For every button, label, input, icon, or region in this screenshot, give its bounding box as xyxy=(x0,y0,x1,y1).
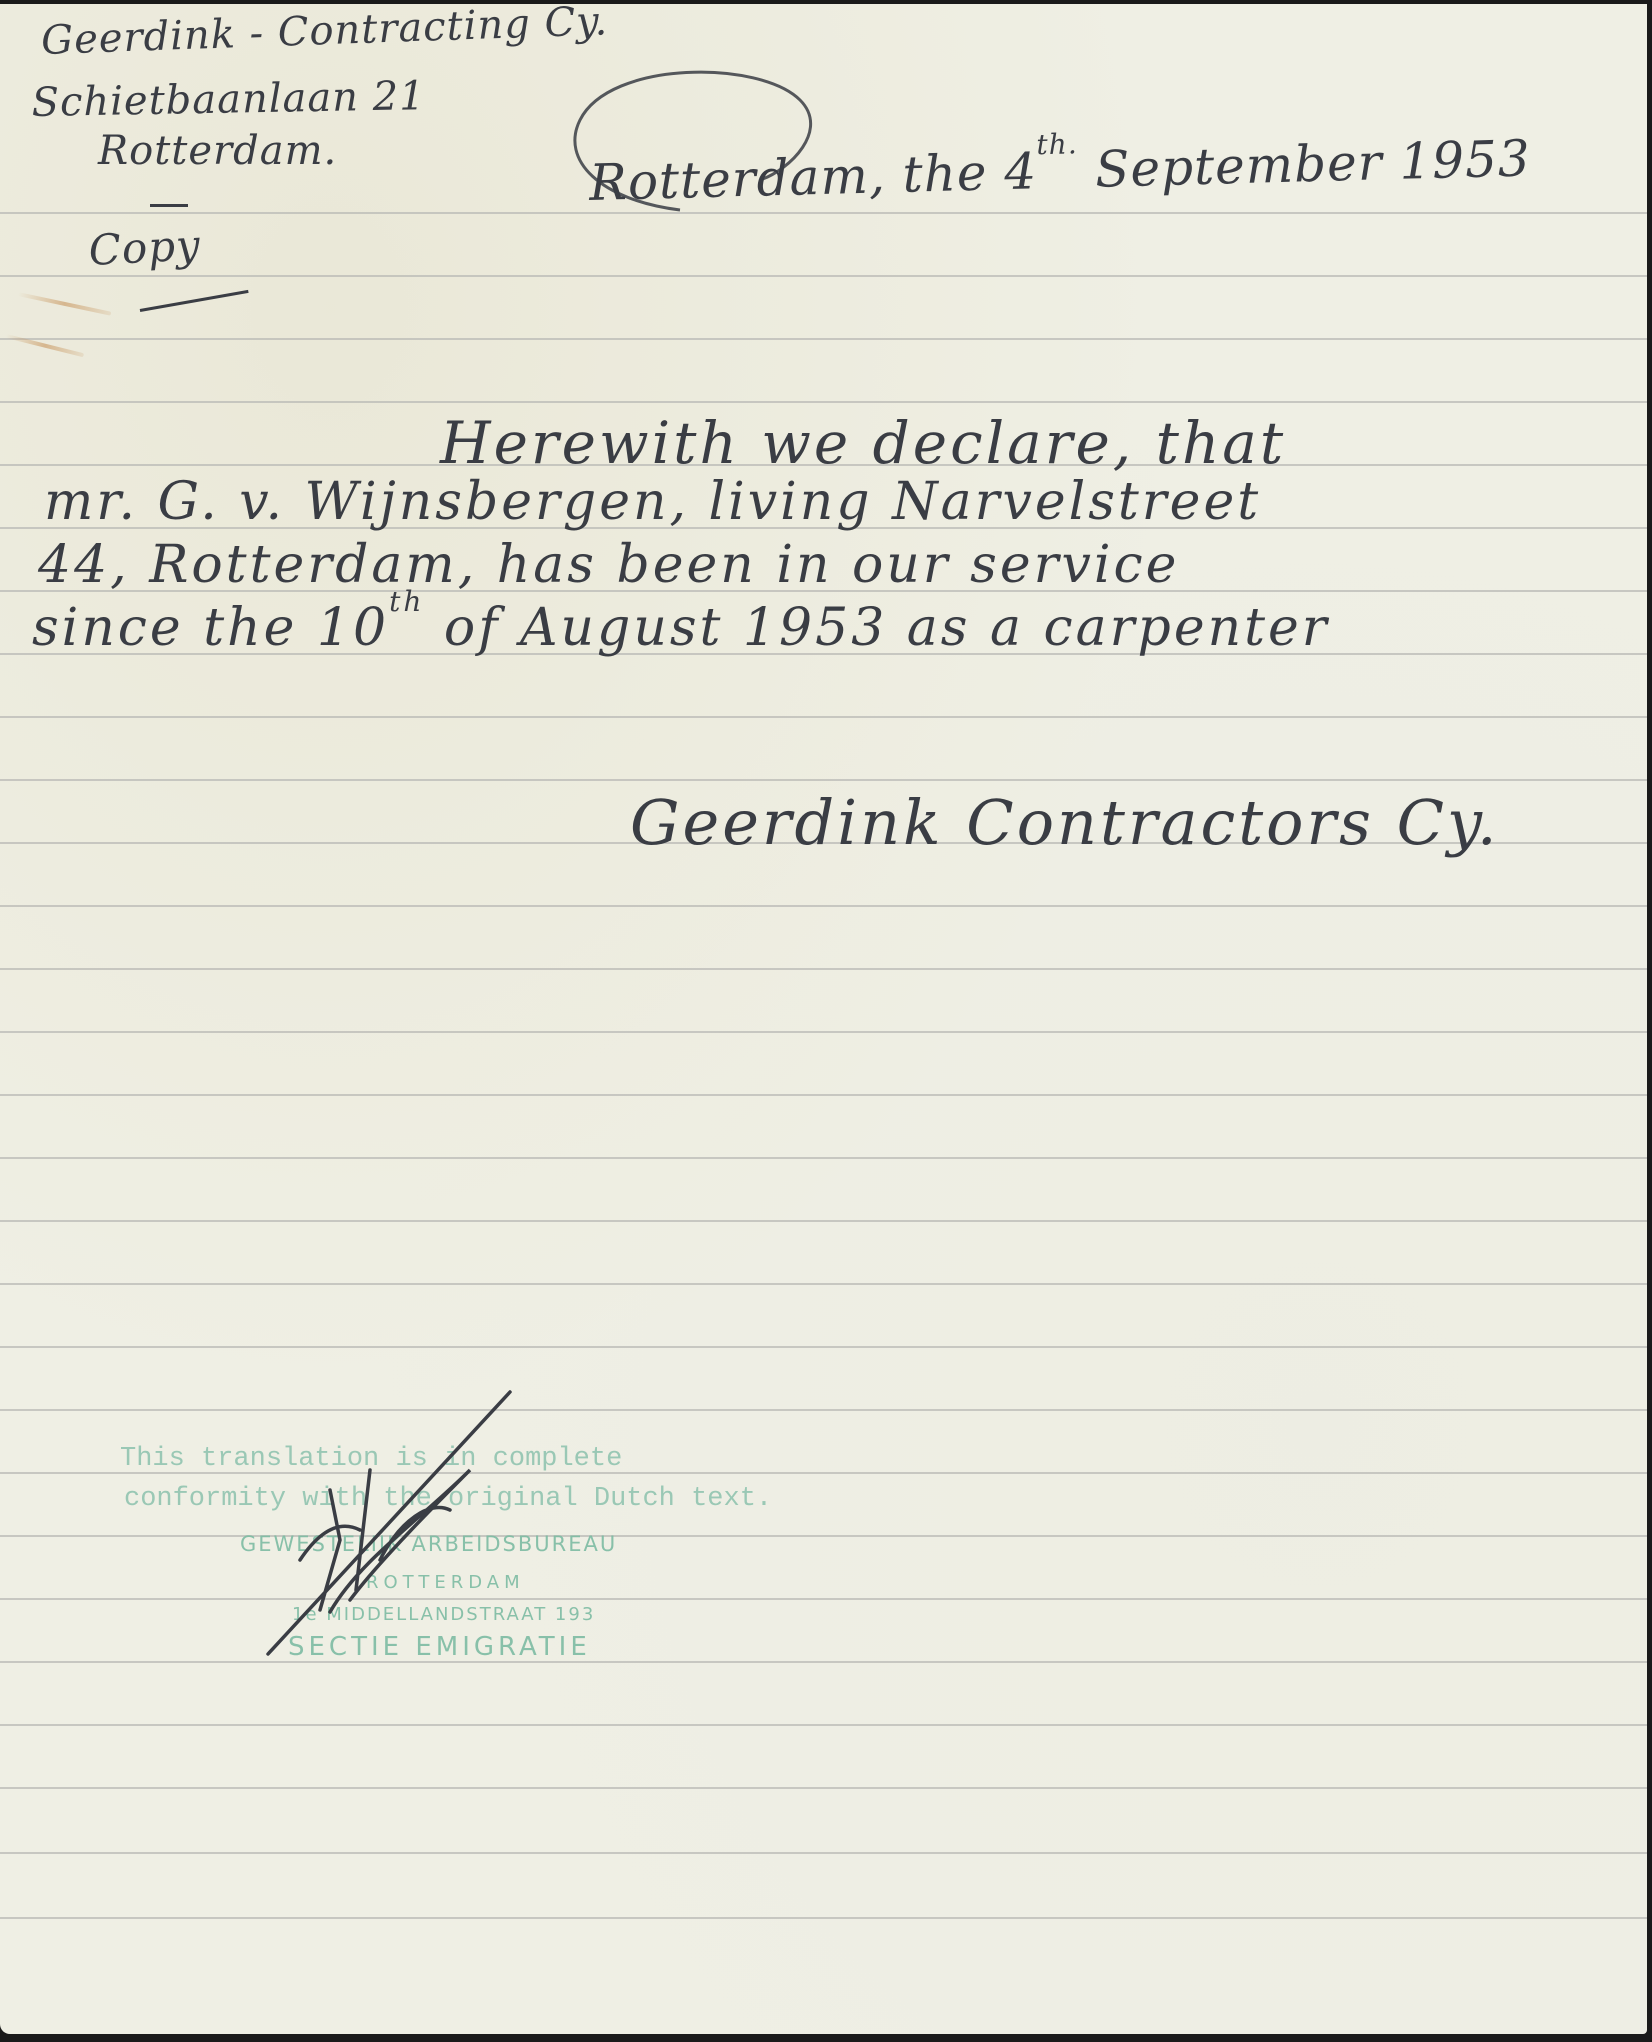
letter-page: Geerdink - Contracting Cy. Schietbaanlaa… xyxy=(0,4,1647,2034)
ruled-line xyxy=(0,779,1647,781)
date-line: Rotterdam, the 4th. September 1953 xyxy=(588,129,1531,212)
letterhead-city: Rotterdam. xyxy=(98,128,337,174)
ruled-line xyxy=(0,716,1647,718)
ruled-line xyxy=(0,1724,1647,1726)
dash-mark xyxy=(150,204,188,207)
copy-underline xyxy=(140,290,249,312)
ruled-line xyxy=(0,968,1647,970)
ruled-line xyxy=(0,905,1647,907)
ruled-line xyxy=(0,1094,1647,1096)
ruled-line xyxy=(0,1409,1647,1411)
body-line-2: mr. G. v. Wijnsbergen, living Narvelstre… xyxy=(44,472,1261,532)
copy-label: Copy xyxy=(87,220,201,275)
date-place: Rotterdam, the 4 xyxy=(588,142,1037,212)
company-signature: Geerdink Contractors Cy. xyxy=(630,786,1500,859)
stamp-office-line-1: GEWESTELIJK ARBEIDSBUREAU xyxy=(240,1532,617,1556)
ruled-line xyxy=(0,1220,1647,1222)
ruled-line xyxy=(0,338,1647,340)
ruled-line xyxy=(0,401,1647,403)
ruled-line xyxy=(0,1283,1647,1285)
stamp-office-line-4: SECTIE EMIGRATIE xyxy=(288,1632,591,1662)
body-line-4-end: of August 1953 as a carpenter xyxy=(444,598,1330,658)
ruled-line xyxy=(0,212,1647,214)
date-month-year: September 1953 xyxy=(1094,129,1531,198)
paper-stain xyxy=(6,334,85,357)
body-line-3: 44, Rotterdam, has been in our service xyxy=(38,535,1179,595)
body-line-4-start: since the 10 xyxy=(32,598,389,658)
stamp-office-line-3: 1e MIDDELLANDSTRAAT 193 xyxy=(292,1604,595,1625)
ruled-line xyxy=(0,1346,1647,1348)
body-line-4-ordinal: th xyxy=(389,585,424,618)
stamp-certification-line-2: conformity with the original Dutch text. xyxy=(124,1484,772,1514)
ruled-line xyxy=(0,275,1647,277)
stamp-office-line-2: ROTTERDAM xyxy=(366,1572,525,1593)
ruled-line xyxy=(0,1787,1647,1789)
ruled-line xyxy=(0,1661,1647,1663)
date-ordinal: th. xyxy=(1036,127,1078,161)
ruled-line xyxy=(0,1031,1647,1033)
body-line-4: since the 10th of August 1953 as a carpe… xyxy=(32,598,1330,658)
ruled-line xyxy=(0,1917,1647,1919)
ruled-line xyxy=(0,1157,1647,1159)
letterhead-company: Geerdink - Contracting Cy. xyxy=(40,0,608,64)
ruled-lines xyxy=(0,4,1647,2034)
letterhead-street: Schietbaanlaan 21 xyxy=(31,73,426,126)
body-line-1: Herewith we declare, that xyxy=(440,409,1286,477)
stamp-certification-line-1: This translation is in complete xyxy=(120,1444,622,1474)
paper-stain xyxy=(18,292,112,316)
ruled-line xyxy=(0,1852,1647,1854)
ruled-line xyxy=(0,1598,1647,1600)
